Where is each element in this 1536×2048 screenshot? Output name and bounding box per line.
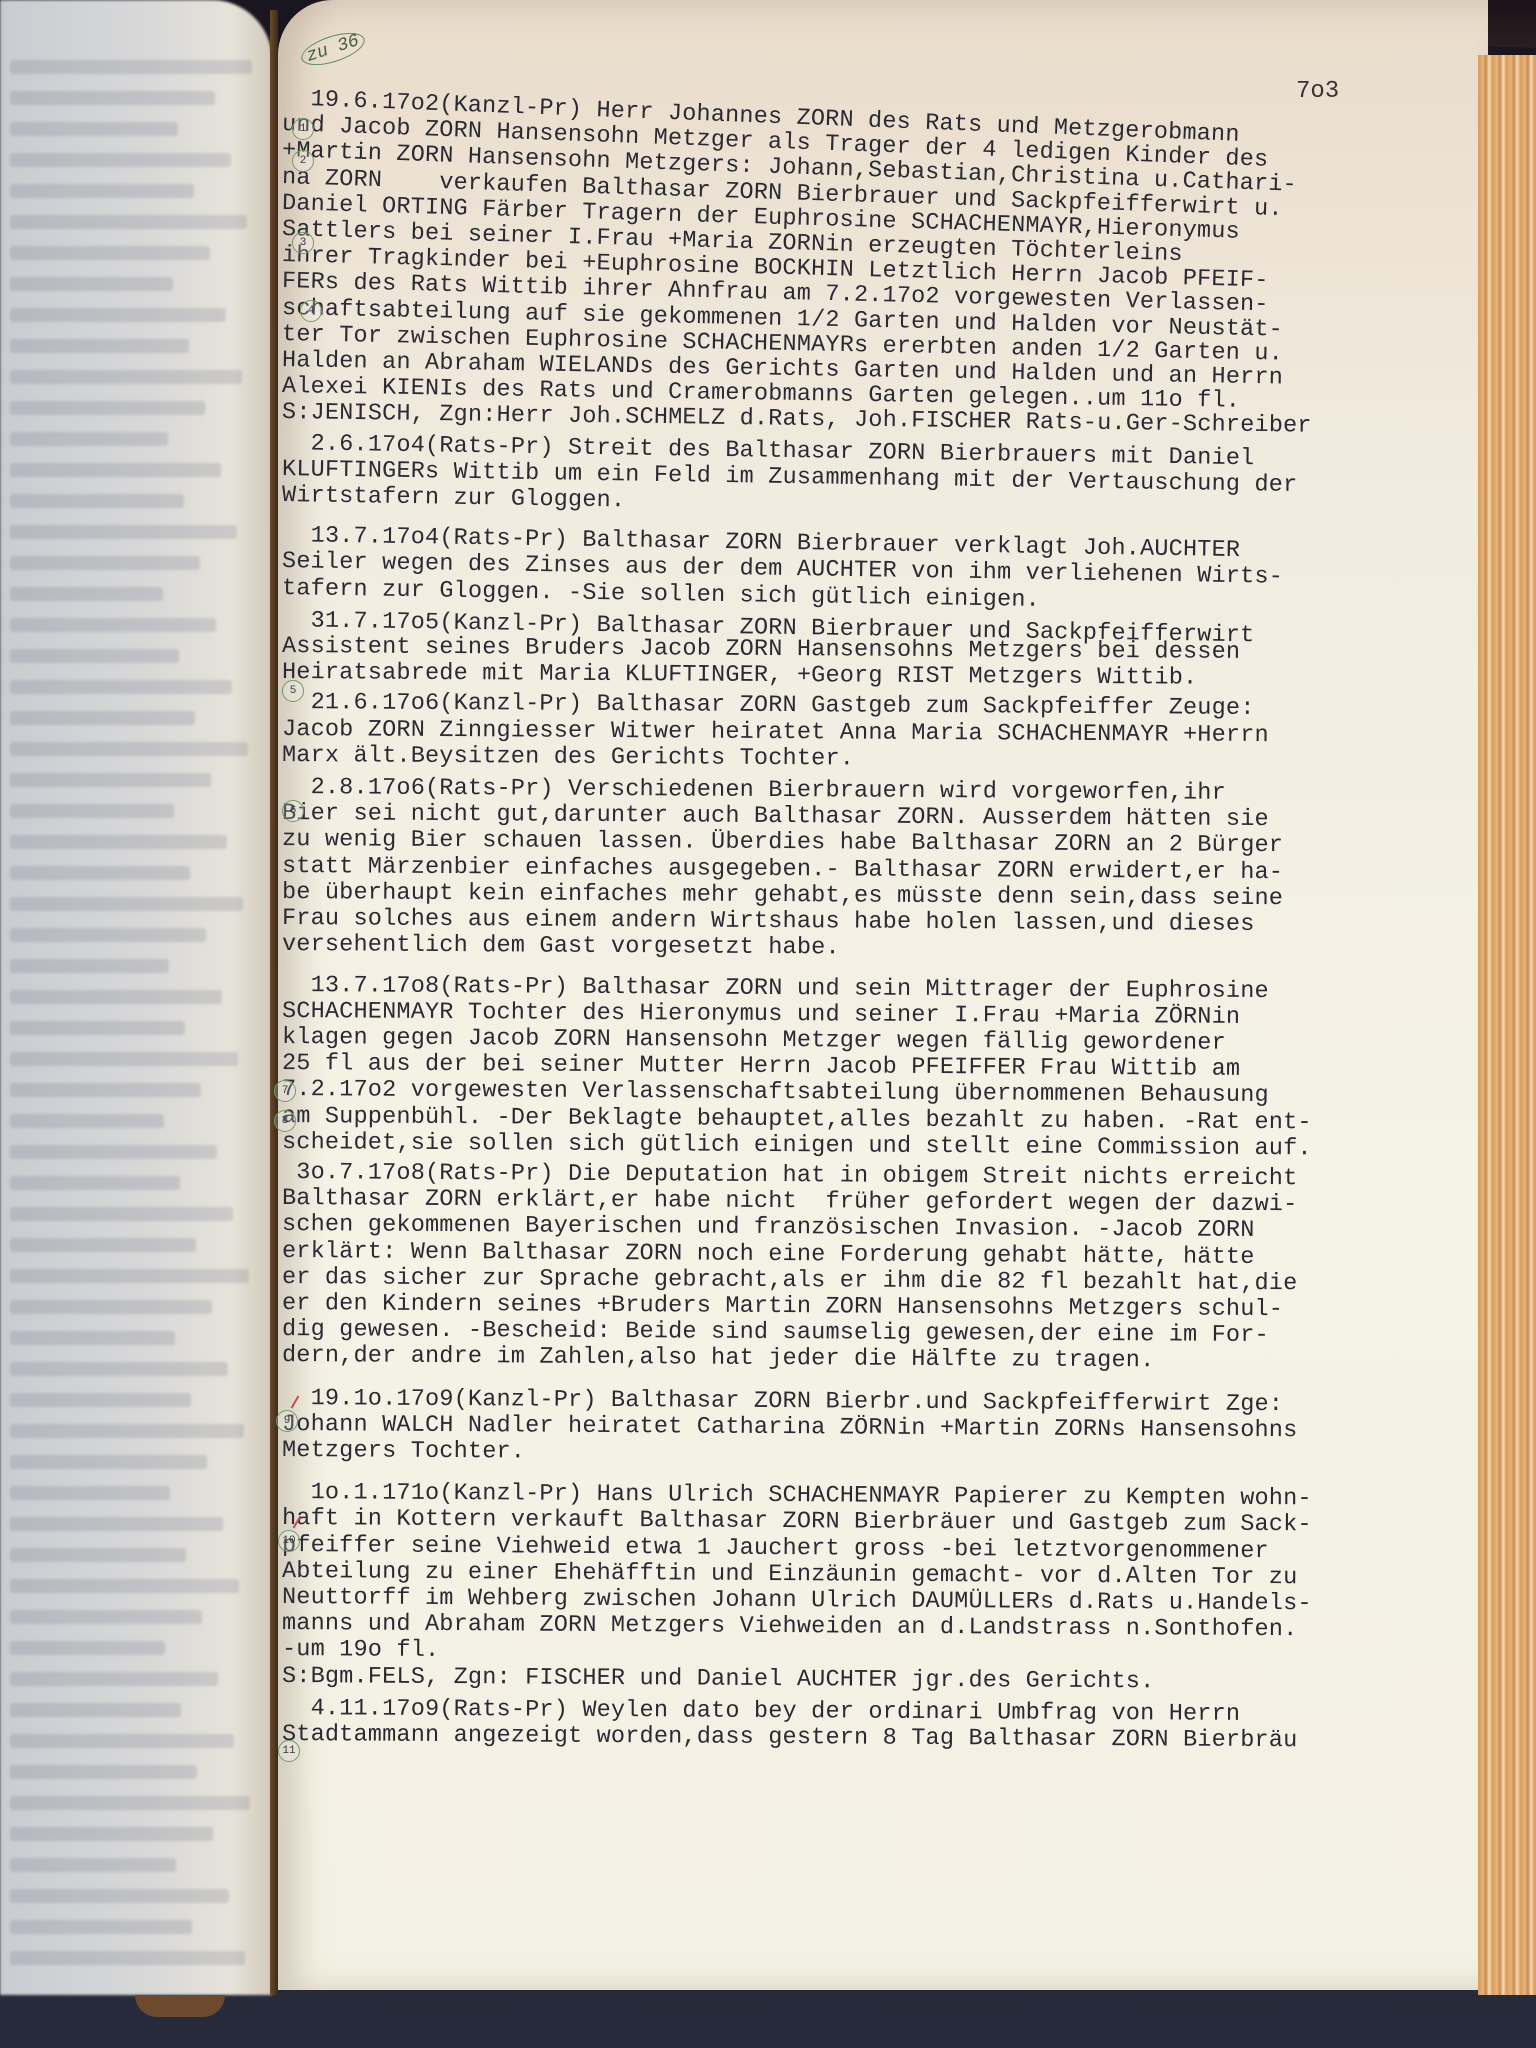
left-page-bleed-line bbox=[10, 742, 248, 756]
entry: 3o.7.17o8(Rats-Pr) Die Deputation hat in… bbox=[282, 1160, 1502, 1370]
left-page-bleed-line bbox=[10, 1579, 239, 1593]
left-page-bleed-line bbox=[10, 1300, 212, 1314]
left-page-bleed-line bbox=[10, 1393, 191, 1407]
entry: 21.6.17o6(Kanzl-Pr) Balthasar ZORN Gastg… bbox=[282, 690, 1502, 769]
left-page-bleed-line bbox=[10, 1548, 186, 1562]
left-page-bleed-line bbox=[10, 990, 222, 1004]
left-page-bleed-line bbox=[10, 1424, 244, 1438]
left-page-bleed-line bbox=[10, 401, 205, 415]
margin-annotation-circle: 3 bbox=[292, 232, 314, 254]
left-page-bleed-line bbox=[10, 804, 174, 818]
margin-annotation-circle: 5 bbox=[282, 680, 304, 702]
left-page-bleed-line bbox=[10, 1734, 234, 1748]
margin-annotation-circle: 6 bbox=[282, 800, 304, 822]
left-page-bleed-line bbox=[10, 773, 211, 787]
text-line: versehentlich dem Gast vorgesetzt habe. bbox=[282, 932, 1502, 966]
left-page-bleed-line bbox=[10, 1517, 223, 1531]
left-page-bleed-line bbox=[10, 339, 189, 353]
left-page-bleed-line bbox=[10, 618, 216, 632]
left-page-bleed-line bbox=[10, 1331, 175, 1345]
left-page-bleed-line bbox=[10, 525, 237, 539]
entry: 13.7.17o8(Rats-Pr) Balthasar ZORN und se… bbox=[282, 973, 1502, 1156]
left-page-bleed-line bbox=[10, 1176, 180, 1190]
left-page-bleed-line bbox=[10, 897, 243, 911]
left-page-bleed-line bbox=[10, 1021, 185, 1035]
left-page-bleed-line bbox=[10, 1486, 170, 1500]
typewritten-text: 19.6.17o2(Kanzl-Pr) Herr Johannes ZORN d… bbox=[282, 80, 1502, 1748]
left-page-bleed-line bbox=[10, 866, 190, 880]
entry: 13.7.17o4(Rats-Pr) Balthasar ZORN Bierbr… bbox=[282, 523, 1502, 602]
margin-annotation-circle: 7 bbox=[274, 1080, 296, 1102]
left-page-bleed-line bbox=[10, 308, 226, 322]
left-page-bleed-line bbox=[10, 1052, 238, 1066]
margin-annotation-circle: 10 bbox=[278, 1530, 300, 1552]
left-page-bleed-line bbox=[10, 649, 179, 663]
left-page-bleed-line bbox=[10, 835, 227, 849]
margin-annotation-circle: 2 bbox=[292, 150, 314, 172]
left-page-bleed-line bbox=[10, 277, 173, 291]
left-page-bleed-line bbox=[10, 1455, 207, 1469]
left-page-bleed-line bbox=[10, 1362, 228, 1376]
left-page-bleed-line bbox=[10, 91, 215, 105]
margin-annotation-circle: 11 bbox=[278, 1740, 300, 1762]
entry: 2.6.17o4(Rats-Pr) Streit des Balthasar Z… bbox=[282, 431, 1502, 510]
left-page-bleed-line bbox=[10, 1827, 213, 1841]
left-page-bleed-line bbox=[10, 1269, 249, 1283]
entry: 1o.1.171o(Kanzl-Pr) Hans Ulrich SCHACHEN… bbox=[282, 1480, 1502, 1690]
margin-annotation-circle: 9 bbox=[276, 1410, 298, 1432]
left-page-bleed-line bbox=[10, 1238, 196, 1252]
entry: 19.6.17o2(Kanzl-Pr) Herr Johannes ZORN d… bbox=[282, 86, 1502, 427]
left-page-bleed-line bbox=[10, 494, 184, 508]
left-page-bleed-line bbox=[10, 1145, 217, 1159]
left-page-bleed-line bbox=[10, 432, 168, 446]
left-page-bleed-line bbox=[10, 60, 252, 74]
left-page-bleed-line bbox=[10, 1703, 181, 1717]
left-page-bleed-line bbox=[10, 928, 206, 942]
left-page-bleed-line bbox=[10, 1083, 201, 1097]
left-page-bleed-line bbox=[10, 1858, 176, 1872]
left-page-bleed-line bbox=[10, 1610, 202, 1624]
left-page-bleed-line bbox=[10, 1796, 250, 1810]
left-page-bleed-line bbox=[10, 370, 242, 384]
left-page-bleed-line bbox=[10, 1641, 165, 1655]
left-page-bleed-line bbox=[10, 556, 200, 570]
entry: 4.11.17o9(Rats-Pr) Weylen dato bey der o… bbox=[282, 1696, 1502, 1748]
left-page-bleed-line bbox=[10, 587, 163, 601]
text-line: dern,der andre im Zahlen,also hat jeder … bbox=[282, 1343, 1502, 1377]
left-page-bleed-line bbox=[10, 1207, 233, 1221]
left-page-bleed-line bbox=[10, 463, 221, 477]
left-page-bleed-line bbox=[10, 1765, 197, 1779]
bookmark-ribbon bbox=[135, 1995, 225, 2017]
left-page-faded bbox=[0, 0, 272, 1995]
left-page-bleed-line bbox=[10, 959, 169, 973]
entry: 19.1o.17o9(Kanzl-Pr) Balthasar ZORN Bier… bbox=[282, 1386, 1502, 1465]
left-page-bleed-line bbox=[10, 680, 232, 694]
left-page-bleed-line bbox=[10, 1951, 245, 1965]
left-page-bleed-line bbox=[10, 215, 247, 229]
left-page-bleed-line bbox=[10, 1114, 164, 1128]
margin-annotation-circle: 1 bbox=[292, 118, 314, 140]
margin-annotation-circle: 8 bbox=[274, 1110, 296, 1132]
margin-annotation-circle: 4 bbox=[300, 300, 322, 322]
entry: 31.7.17o5(Kanzl-Pr) Balthasar ZORN Bierb… bbox=[282, 608, 1502, 687]
left-page-bleed-line bbox=[10, 246, 210, 260]
left-page-bleed-line bbox=[10, 1889, 229, 1903]
left-page-bleed-line bbox=[10, 1672, 218, 1686]
left-page-bleed-line bbox=[10, 1920, 192, 1934]
book-spine bbox=[270, 10, 278, 1995]
left-page-bleed-line bbox=[10, 122, 178, 136]
left-page-bleed-line bbox=[10, 711, 195, 725]
entry: 2.8.17o6(Rats-Pr) Verschiedenen Bierbrau… bbox=[282, 775, 1502, 958]
left-page-bleed-line bbox=[10, 153, 231, 167]
left-page-bleed-line bbox=[10, 184, 194, 198]
